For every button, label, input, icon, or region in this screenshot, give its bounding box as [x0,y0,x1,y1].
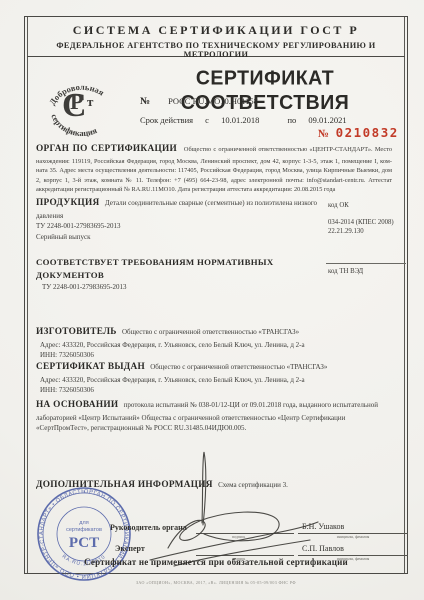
stamp-center-line2: сертификатов [66,527,102,533]
code-ok-value1: 034-2014 (КПЕС 2008) [328,218,406,227]
certificate-title: СЕРТИФИКАТ СООТВЕТСТВИЯ [122,67,408,115]
issued-address: Адрес: 433320, Российская Федерация, г. … [36,376,305,384]
certification-stamp-icon: ОРГАН ПО СЕРТИФИКАЦИИ ПРОДУКЦИИ • ООО «Ц… [34,484,134,584]
validity-label: Срок действия [140,115,193,125]
manufacturer-inn: ИНН: 7326050306 [36,351,94,359]
manufacturer-label: ИЗГОТОВИТЕЛЬ [36,327,117,337]
number-label: № [140,96,150,107]
logo-letter-t: т [87,94,94,109]
valid-to: 09.01.2021 [308,115,346,125]
code-tnved-label: код ТН ВЭД [328,268,363,275]
agency-title: ФЕДЕРАЛЬНОЕ АГЕНТСТВО ПО ТЕХНИЧЕСКОМУ РЕ… [24,41,408,59]
blank-fine-print: ЗАО «ОПЦИОН», МОСКВА, 2017, «В». ЛИЦЕНЗИ… [24,580,408,585]
blank-number-value: 0210832 [336,125,399,140]
production-serial: Серийный выпуск [36,233,91,241]
production-label: ПРОДУКЦИЯ [36,198,100,208]
code-divider [326,263,406,264]
section-issued-to: СЕРТИФИКАТ ВЫДАН Общество с ограниченной… [36,361,376,396]
code-ok-value2: 22.21.29.130 [328,227,406,236]
production-tu: ТУ 2248-001-27983695-2013 [36,222,120,230]
stamp-center-letters: РСТ [69,535,99,551]
blank-number: №0210832 [318,125,406,140]
section-manufacturer: ИЗГОТОВИТЕЛЬ Общество с ограниченной отв… [36,326,376,361]
validity-po: по [287,115,296,125]
certificate-page: СИСТЕМА СЕРТИФИКАЦИИ ГОСТ Р ФЕДЕРАЛЬНОЕ … [0,0,424,600]
valid-from: 10.01.2018 [221,115,259,125]
conforms-value: ТУ 2248-001-27983695-2013 [36,283,126,291]
logo-letter-p: Р [70,89,83,114]
code-ok-block: код ОК 034-2014 (КПЕС 2008) 22.21.29.130 [328,201,406,237]
section-basis: НА ОСНОВАНИИ протокола испытаний № 038-0… [36,399,392,434]
code-ok-label: код ОК [328,201,406,210]
blank-number-label: № [318,128,331,140]
issued-name: Общество с ограниченной ответственностью… [150,363,327,371]
basis-label: НА ОСНОВАНИИ [36,400,118,410]
footer-notice: Сертификат не применяется при обязательн… [24,557,408,567]
issued-label: СЕРТИФИКАТ ВЫДАН [36,362,145,372]
rst-voluntary-mark-icon: Добровольная сертификация С Р т [40,68,124,144]
validity-c: с [205,115,209,125]
signature-scribble [140,448,340,573]
certificate-number-line: №РОСС RU.МО10.Н01158 [140,96,258,107]
manufacturer-address: Адрес: 433320, Российская Федерация, г. … [36,341,305,349]
conforms-label: СООТВЕТСТВУЕТ ТРЕБОВАНИЯМ НОРМАТИВНЫХ ДО… [36,257,273,280]
validity-line: Срок действия с 10.01.2018 по 09.01.2021 [140,115,347,125]
section-conforms: СООТВЕТСТВУЕТ ТРЕБОВАНИЯМ НОРМАТИВНЫХ ДО… [36,256,326,293]
stamp-center-line1: для [79,520,88,526]
system-title: СИСТЕМА СЕРТИФИКАЦИИ ГОСТ Р [24,23,408,38]
issued-inn: ИНН: 7326050306 [36,386,94,394]
section-production: ПРОДУКЦИЯ Детали соединительные сварные … [36,197,324,242]
section-certification-body: ОРГАН ПО СЕРТИФИКАЦИИ Общество с огранич… [36,143,392,195]
organ-label: ОРГАН ПО СЕРТИФИКАЦИИ [36,144,177,154]
manufacturer-name: Общество с ограниченной ответственностью… [122,328,299,336]
certificate-number: РОСС RU.МО10.Н01158 [168,96,258,106]
